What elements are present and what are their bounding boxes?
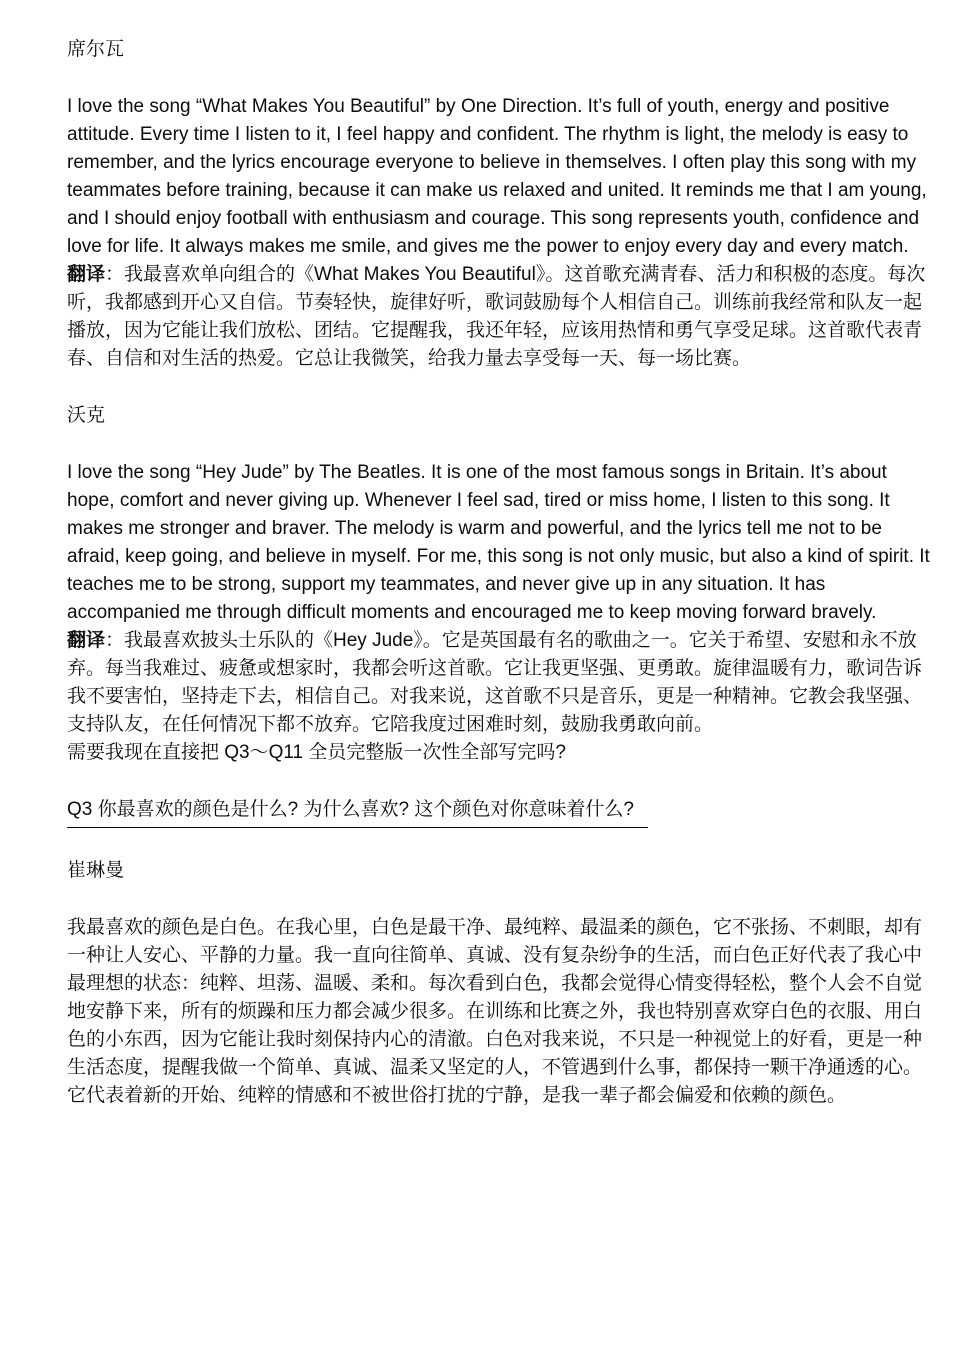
translation-text: ：我最喜欢单向组合的《What Makes You Beautiful》。这首歌… [67,264,925,369]
speaker-heading-woke: 沃克 [67,402,934,430]
english-paragraph: I love the song “Hey Jude” by The Beatle… [67,459,934,627]
followup-question-line: 需要我现在直接把 Q3～Q11 全员完整版一次性全部写完吗? [67,739,934,767]
answer-block-woke: I love the song “Hey Jude” by The Beatle… [67,459,934,767]
answer-paragraph-cuilinman: 我最喜欢的颜色是白色。在我心里，白色是最干净、最纯粹、最温柔的颜色，它不张扬、不… [67,914,934,1110]
english-paragraph: I love the song “What Makes You Beautifu… [67,93,934,261]
translation-paragraph: 翻译：我最喜欢披头士乐队的《Hey Jude》。它是英国最有名的歌曲之一。它关于… [67,627,934,739]
question-heading-q3: Q3 你最喜欢的颜色是什么? 为什么喜欢? 这个颜色对你意味着什么? [67,796,934,828]
translation-label: 翻译 [67,264,105,285]
answer-block-xierwa: I love the song “What Makes You Beautifu… [67,93,934,373]
question-heading-q3-text: Q3 你最喜欢的颜色是什么? 为什么喜欢? 这个颜色对你意味着什么? [67,796,648,828]
document-page: 席尔瓦 I love the song “What Makes You Beau… [0,0,970,1110]
translation-label: 翻译 [67,630,105,651]
speaker-heading-xierwa: 席尔瓦 [67,36,934,64]
translation-text: ：我最喜欢披头士乐队的《Hey Jude》。它是英国最有名的歌曲之一。它关于希望… [67,630,922,735]
speaker-heading-cuilinman: 崔琳曼 [67,857,934,885]
translation-paragraph: 翻译：我最喜欢单向组合的《What Makes You Beautiful》。这… [67,261,934,373]
